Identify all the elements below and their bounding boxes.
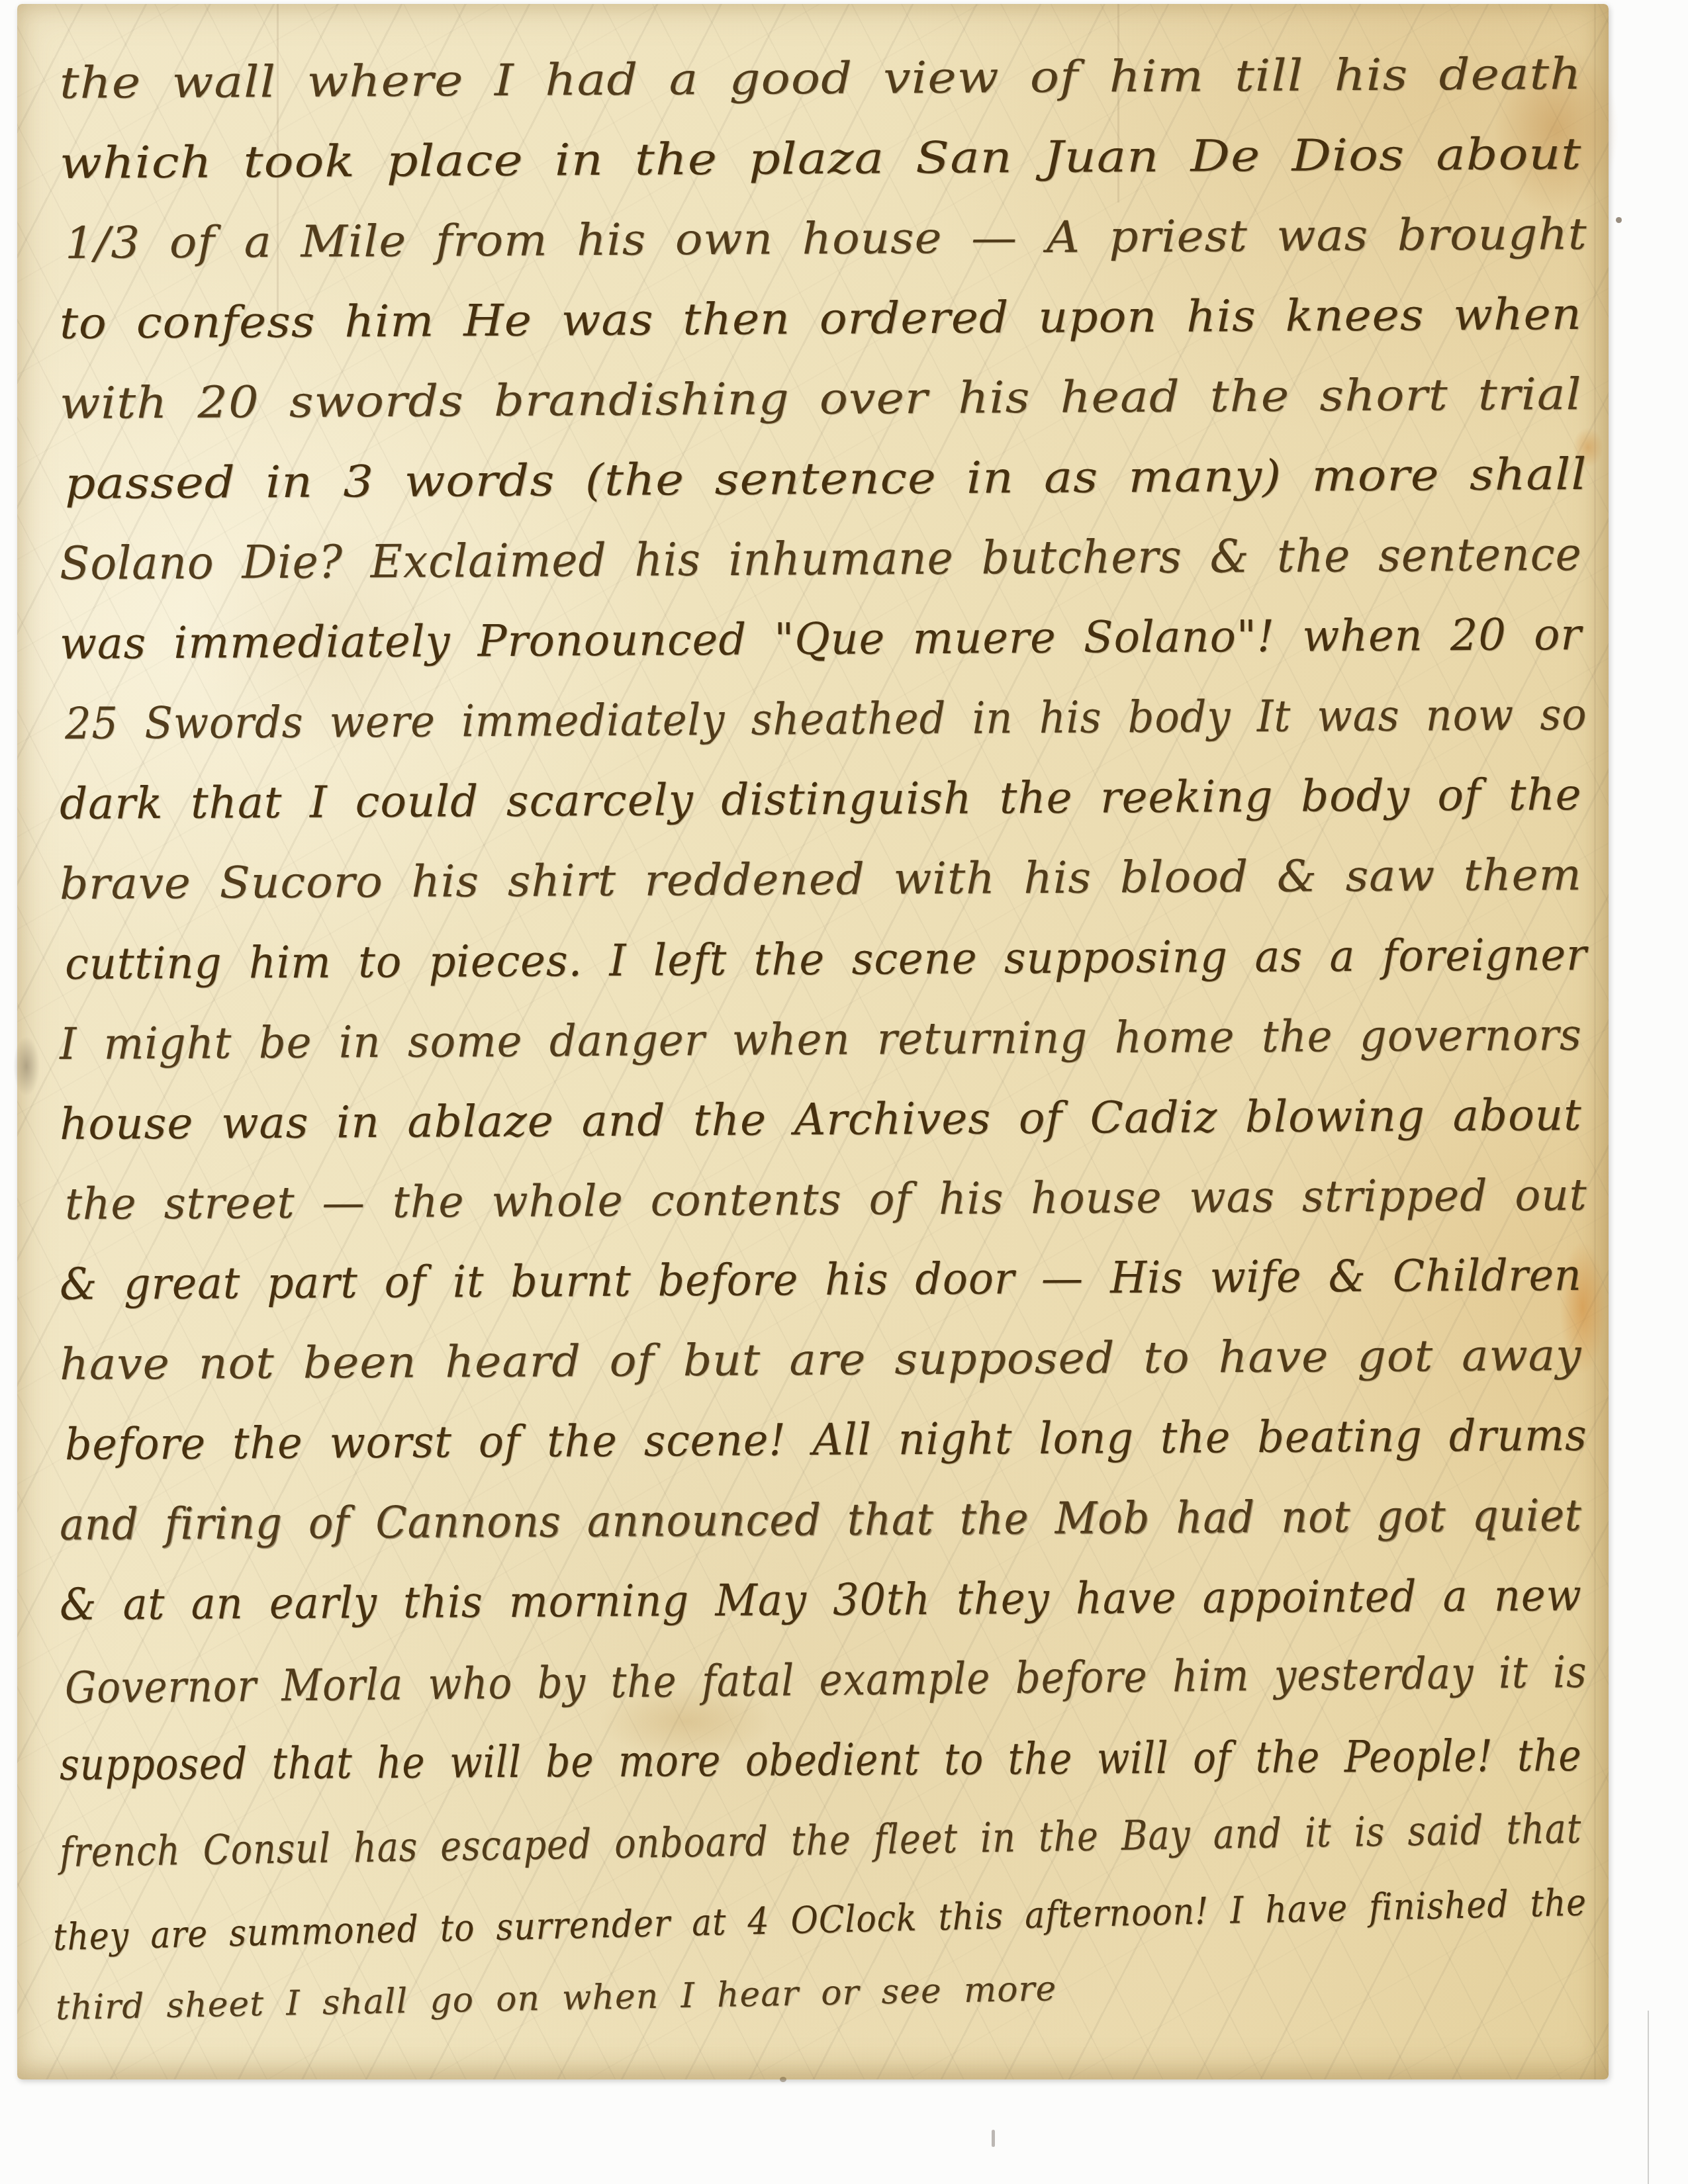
letter-page: the wall where I had a good view of him … (17, 4, 1609, 2079)
letter-line: and firing of Cannons announced that the… (60, 1475, 1589, 1565)
letter-line: the street — the whole contents of his h… (60, 1155, 1589, 1244)
letter-line: cutting him to pieces. I left the scene … (60, 915, 1589, 1004)
letter-line: passed in 3 words (the sentence in as ma… (60, 434, 1589, 523)
scan-edge-artifact (1648, 2011, 1649, 2184)
scan-speck (992, 2130, 995, 2147)
letter-line: 1/3 of a Mile from his own house — A pri… (60, 194, 1589, 283)
letter-line: 25 Swords were immediately sheathed in h… (60, 674, 1589, 764)
paper-crease (1594, 4, 1596, 2079)
letter-line: dark that I could scarcely distinguish t… (60, 754, 1589, 844)
letter-line: with 20 swords brandishing over his head… (60, 354, 1589, 443)
letter-line: & great part of it burnt before his door… (60, 1235, 1589, 1324)
scan-background: the wall where I had a good view of him … (0, 0, 1688, 2184)
letter-line: before the worst of the scene! All night… (60, 1395, 1589, 1484)
letter-line: Governor Morla who by the fatal example … (59, 1632, 1589, 1728)
letter-line: was immediately Pronounced "Que muere So… (60, 594, 1589, 684)
letter-line: brave Sucoro his shirt reddened with his… (60, 835, 1589, 924)
letter-line: house was in ablaze and the Archives of … (60, 1075, 1589, 1164)
letter-line: which took place in the plaza San Juan D… (60, 114, 1589, 203)
letter-line: Solano Die? Exclaimed his inhumane butch… (60, 514, 1589, 604)
letter-line: have not been heard of but are supposed … (60, 1315, 1589, 1404)
letter-line: I might be in some danger when returning… (60, 995, 1589, 1084)
letter-line: & at an early this morning May 30th they… (60, 1555, 1589, 1645)
paper-speck (780, 2077, 786, 2082)
paper-stain (13, 1036, 40, 1096)
paper-speck (1616, 217, 1622, 223)
letter-line: to confess him He was then ordered upon … (60, 274, 1589, 363)
letter-line: the wall where I had a good view of him … (60, 34, 1589, 123)
letter-body: the wall where I had a good view of him … (60, 38, 1589, 2026)
